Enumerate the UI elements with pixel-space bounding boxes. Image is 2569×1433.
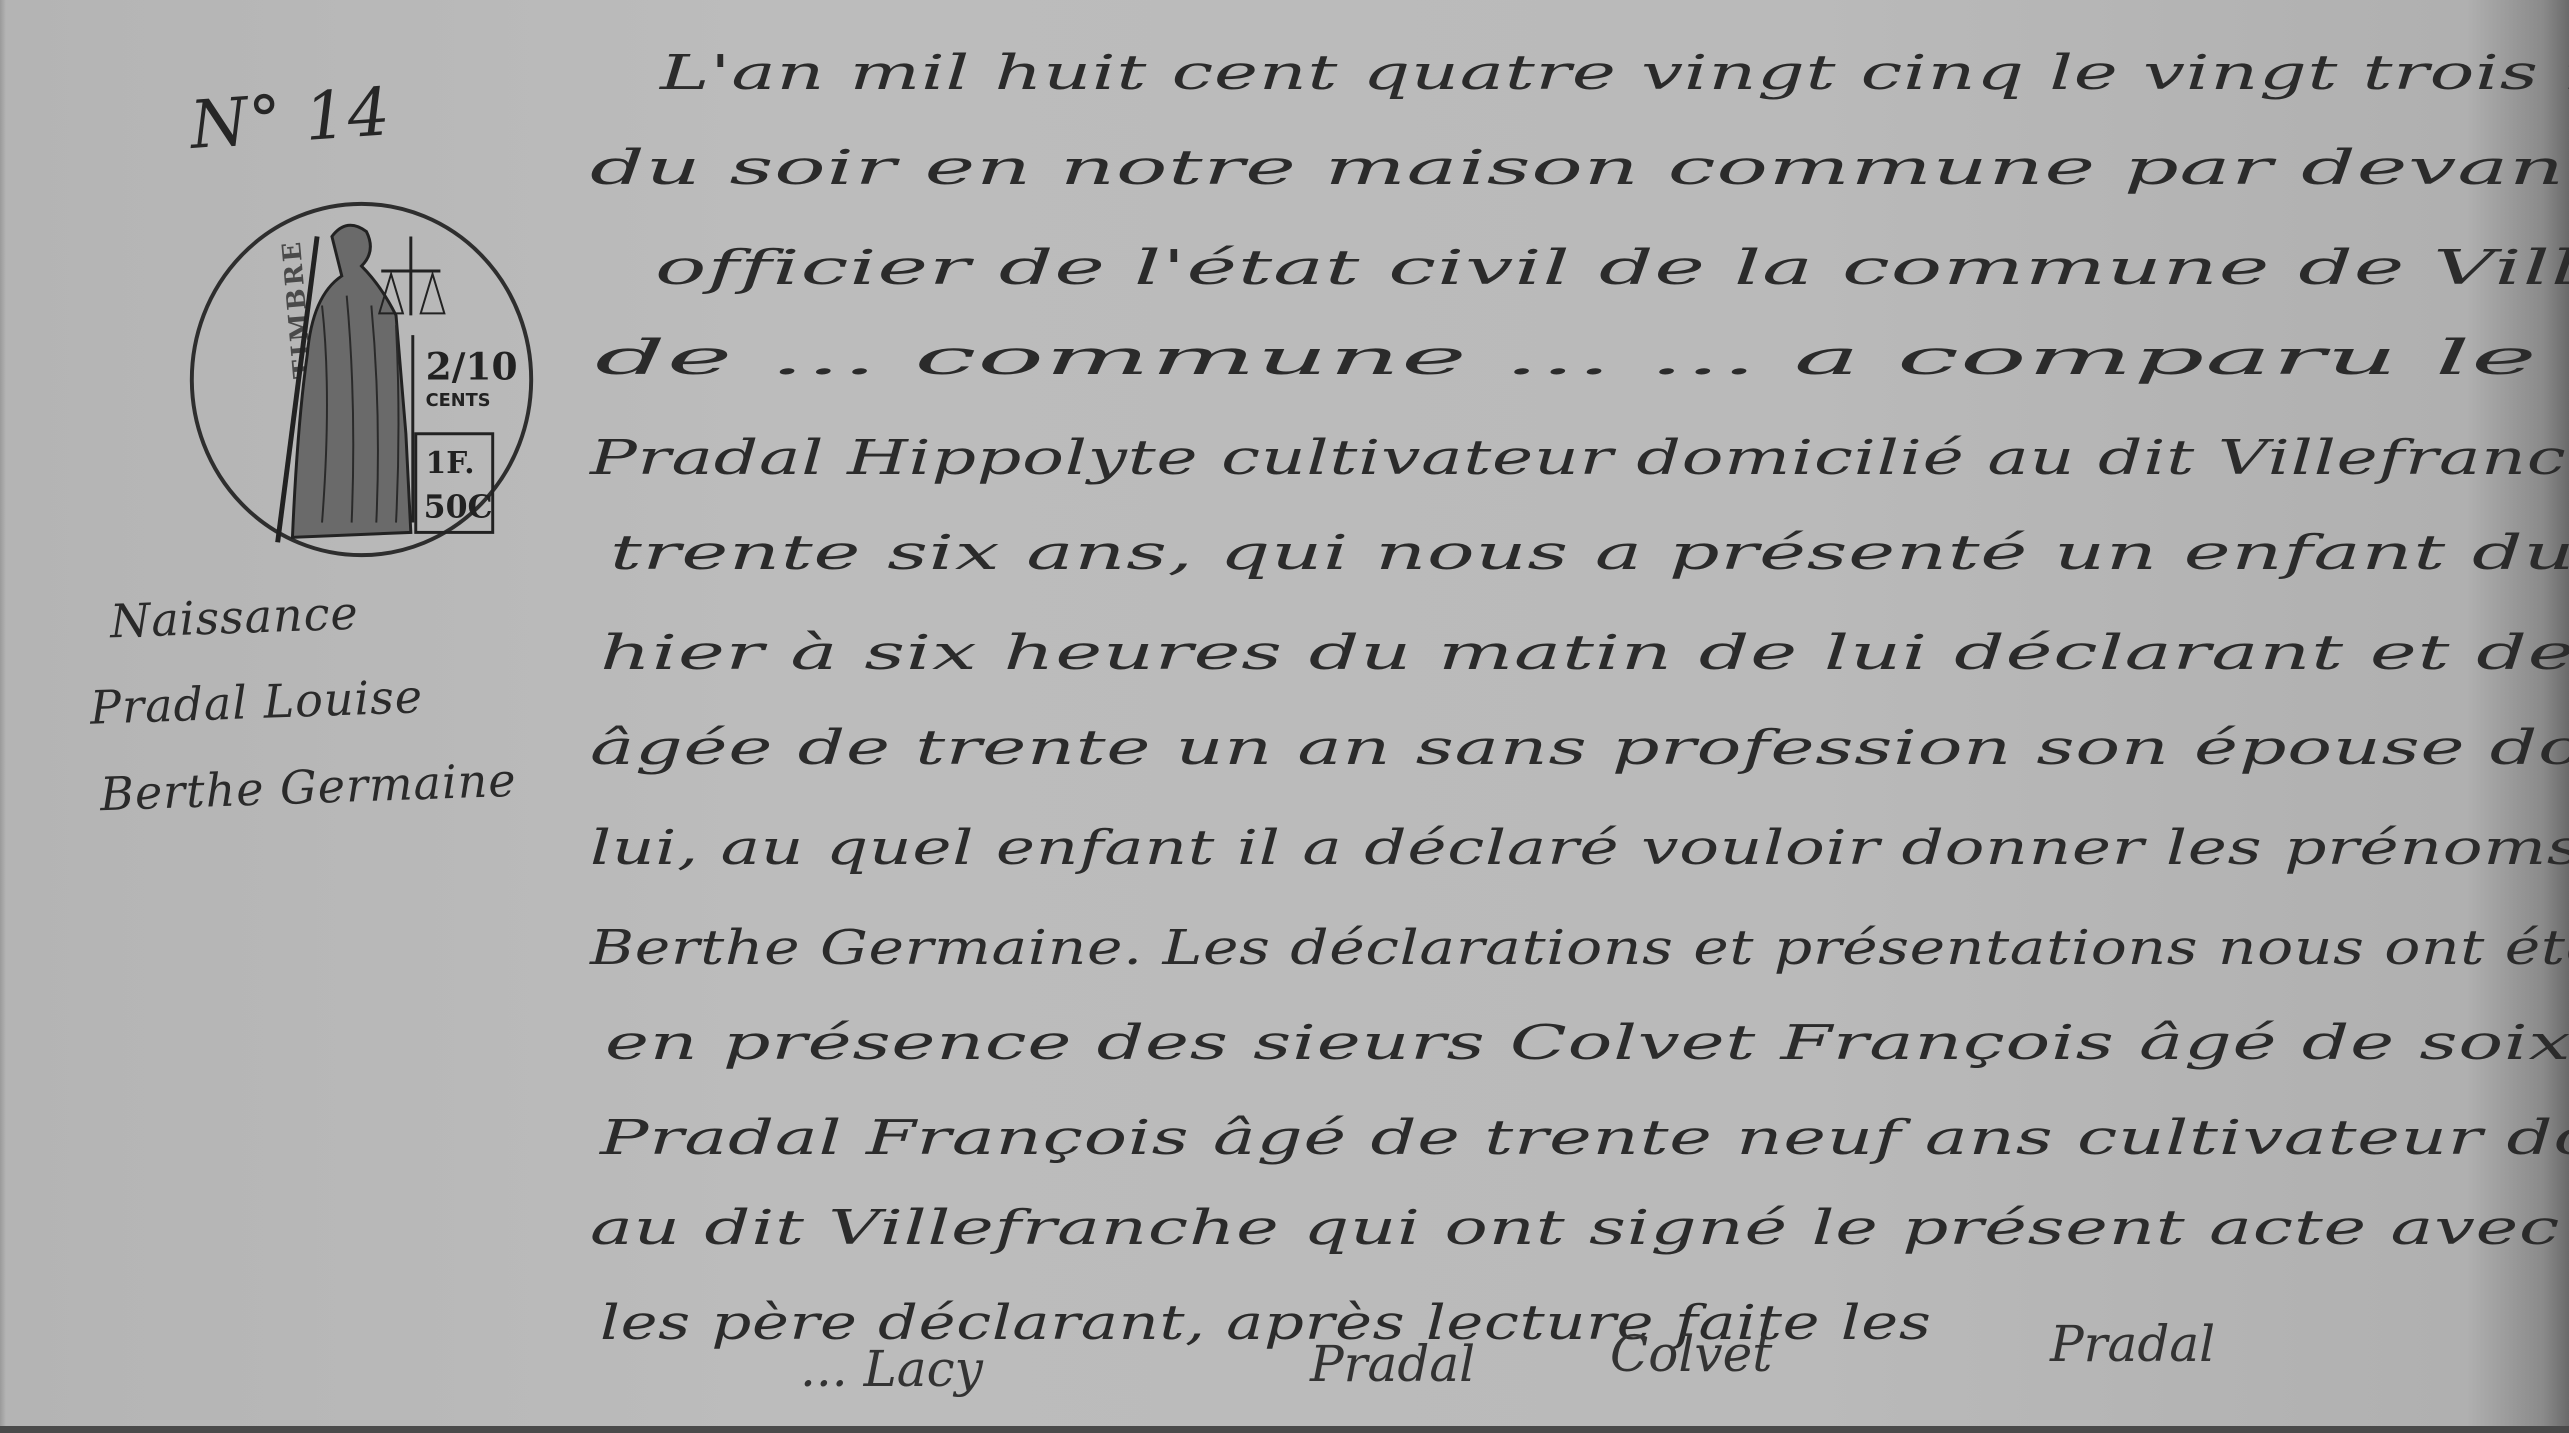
act-line: en présence des sieurs Colvet François â…	[605, 1015, 2569, 1071]
act-line: lui, au quel enfant il a déclaré vouloir…	[590, 820, 2569, 876]
margin-note-given-names: Berthe Germaine	[99, 753, 517, 822]
margin-note-surname: Pradal Louise	[89, 669, 424, 735]
stamp-value-top: 2/10	[426, 345, 518, 389]
act-line: L'an mil huit cent quatre vingt cinq le …	[660, 45, 2569, 101]
act-line: hier à six heures du matin de lui déclar…	[600, 625, 2569, 681]
revenue-stamp-icon: TIMBRE 2/10 CENTS 1F. 50C	[183, 197, 540, 562]
signatures: ... Lacy Pradal Colvet Pradal	[780, 1340, 2280, 1420]
act-line: trente six ans, qui nous a présenté un e…	[610, 525, 2569, 581]
signature: ... Lacy	[800, 1340, 983, 1398]
svg-text:50C: 50C	[424, 489, 493, 526]
act-line: âgée de trente un an sans profession son…	[590, 720, 2569, 776]
page-left-edge	[0, 0, 6, 1433]
svg-text:1F.: 1F.	[426, 445, 475, 480]
act-line: Pradal Hippolyte cultivateur domicilié a…	[590, 430, 2569, 486]
signature: Pradal	[2050, 1315, 2215, 1373]
act-line: Berthe Germaine. Les déclarations et pré…	[590, 920, 2569, 976]
act-number: N° 14	[188, 73, 394, 164]
signature: Pradal	[1310, 1335, 1475, 1393]
act-line: au dit Villefranche qui ont signé le pré…	[590, 1200, 2569, 1256]
stamp-value-unit: CENTS	[426, 391, 491, 411]
act-line: du soir en notre maison commune par deva…	[590, 140, 2569, 196]
register-page: N° 14 TIMBRE 2/10 CENTS 1F. 50C Naissanc…	[0, 0, 2569, 1433]
margin-note-title: Naissance	[109, 586, 359, 649]
act-line: de ... commune ... ... a comparu le sieu…	[595, 330, 2569, 386]
act-line: officier de l'état civil de la commune d…	[655, 240, 2569, 296]
signature: Colvet	[1610, 1325, 1772, 1383]
act-line: Pradal François âgé de trente neuf ans c…	[600, 1110, 2569, 1166]
page-bottom-edge	[0, 1426, 2569, 1433]
